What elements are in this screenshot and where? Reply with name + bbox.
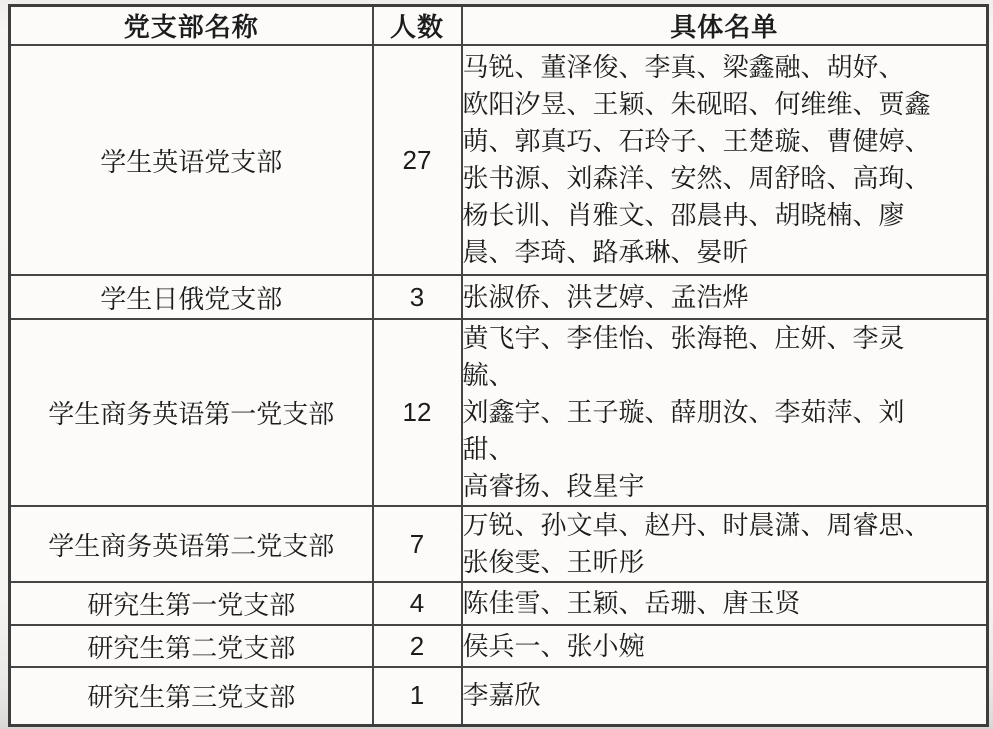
branch-name: 学生英语党支部 (10, 45, 373, 275)
member-count: 27 (373, 45, 462, 275)
roster-line: 刘鑫宇、王子璇、薛朋汝、李茹萍、刘 (463, 394, 987, 431)
roster-line: 高睿扬、段星宇 (463, 468, 987, 505)
table-row-graduate-first-branch: 研究生第一党支部 4 陈佳雪、王颖、岳珊、唐玉贤 (10, 582, 988, 625)
branch-name: 研究生第一党支部 (10, 582, 373, 625)
table-row-graduate-third-branch: 研究生第三党支部 1 李嘉欣 (10, 667, 988, 725)
header-member-count: 人数 (373, 6, 462, 46)
table-row-japanese-russian-branch: 学生日俄党支部 3 张淑侨、洪艺婷、孟浩烨 (10, 275, 988, 319)
roster-line: 欧阳汐昱、王颖、朱砚昭、何维维、贾鑫 (463, 86, 987, 123)
roster-line: 晨、李琦、路承琳、晏昕 (463, 234, 987, 271)
member-count: 7 (373, 506, 462, 582)
member-count: 1 (373, 667, 462, 725)
roster-cell: 黄飞宇、李佳怡、张海艳、庄妍、李灵 毓、 刘鑫宇、王子璇、薛朋汝、李茹萍、刘 甜… (462, 319, 988, 506)
table-row-english-branch: 学生英语党支部 27 马锐、董泽俊、李真、梁鑫融、胡妤、 欧阳汐昱、王颖、朱砚昭… (10, 45, 988, 275)
branch-name: 学生日俄党支部 (10, 275, 373, 319)
roster-line: 杨长训、肖雅文、邵晨冉、胡晓楠、廖 (463, 197, 987, 234)
roster-line: 侯兵一、张小婉 (463, 628, 987, 665)
roster-line: 张淑侨、洪艺婷、孟浩烨 (463, 279, 987, 316)
roster-line: 陈佳雪、王颖、岳珊、唐玉贤 (463, 585, 987, 622)
roster-cell: 张淑侨、洪艺婷、孟浩烨 (462, 275, 988, 319)
roster-line: 万锐、孙文卓、赵丹、时晨潇、周睿思、 (463, 507, 987, 544)
roster-line: 萌、郭真巧、石玲子、王楚璇、曹健婷、 (463, 123, 987, 160)
branch-name: 研究生第二党支部 (10, 625, 373, 667)
table-row-business-english-second-branch: 学生商务英语第二党支部 7 万锐、孙文卓、赵丹、时晨潇、周睿思、 张俊雯、王昕彤 (10, 506, 988, 582)
member-count: 3 (373, 275, 462, 319)
branch-name: 研究生第三党支部 (10, 667, 373, 725)
member-count: 4 (373, 582, 462, 625)
roster-line: 甜、 (463, 431, 987, 468)
header-branch-name: 党支部名称 (10, 6, 373, 46)
branch-name: 学生商务英语第一党支部 (10, 319, 373, 506)
roster-cell: 陈佳雪、王颖、岳珊、唐玉贤 (462, 582, 988, 625)
roster-cell: 万锐、孙文卓、赵丹、时晨潇、周睿思、 张俊雯、王昕彤 (462, 506, 988, 582)
header-name-list: 具体名单 (462, 6, 988, 46)
photo-background: 党支部名称 人数 具体名单 学生英语党支部 27 马锐、董泽俊、李真、梁鑫融、胡… (0, 0, 993, 729)
party-branch-roster-table: 党支部名称 人数 具体名单 学生英语党支部 27 马锐、董泽俊、李真、梁鑫融、胡… (8, 4, 989, 727)
branch-name: 学生商务英语第二党支部 (10, 506, 373, 582)
roster-cell: 侯兵一、张小婉 (462, 625, 988, 667)
table-row-business-english-first-branch: 学生商务英语第一党支部 12 黄飞宇、李佳怡、张海艳、庄妍、李灵 毓、 刘鑫宇、… (10, 319, 988, 506)
member-count: 2 (373, 625, 462, 667)
roster-line: 张书源、刘森洋、安然、周舒晗、高珣、 (463, 160, 987, 197)
roster-cell: 李嘉欣 (462, 667, 988, 725)
roster-line: 毓、 (463, 357, 987, 394)
table-header-row: 党支部名称 人数 具体名单 (10, 6, 988, 46)
roster-line: 黄飞宇、李佳怡、张海艳、庄妍、李灵 (463, 320, 987, 357)
member-count: 12 (373, 319, 462, 506)
roster-cell: 马锐、董泽俊、李真、梁鑫融、胡妤、 欧阳汐昱、王颖、朱砚昭、何维维、贾鑫 萌、郭… (462, 45, 988, 275)
roster-line: 张俊雯、王昕彤 (463, 544, 987, 581)
table-row-graduate-second-branch: 研究生第二党支部 2 侯兵一、张小婉 (10, 625, 988, 667)
roster-line: 马锐、董泽俊、李真、梁鑫融、胡妤、 (463, 49, 987, 86)
roster-line: 李嘉欣 (463, 677, 987, 714)
